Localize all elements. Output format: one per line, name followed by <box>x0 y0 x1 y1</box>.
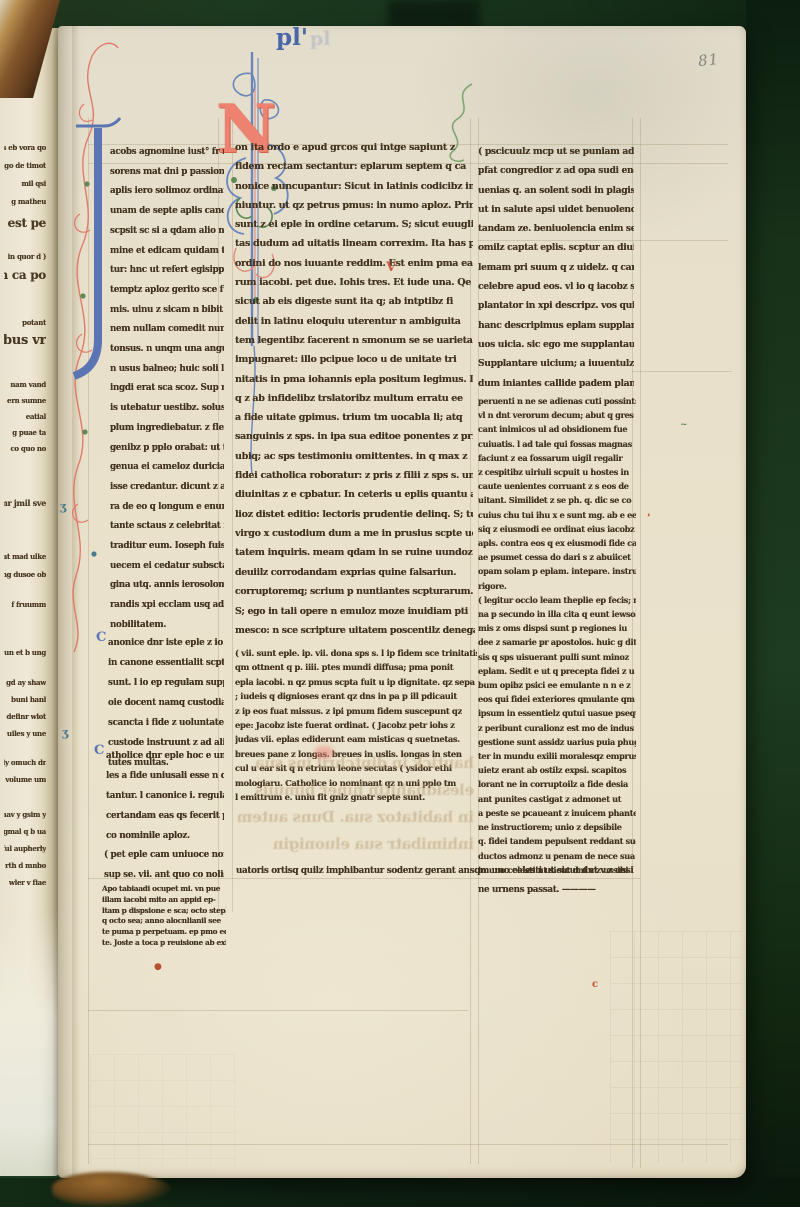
text-line: a fide uitate gpimus. trium tm uocabla l… <box>235 408 473 427</box>
fragment-line: at mad ulke <box>4 552 46 561</box>
text-line: mis z oms dispsi sunt p regiones iu <box>478 621 636 635</box>
fragment-line: wler v fiae <box>9 878 46 887</box>
text-line: certandam eas qs fecerit pleudo <box>106 806 224 826</box>
text-line: scpsit sc si a qdam alio nb ei no <box>110 222 224 242</box>
fragment-line: ern sumne <box>7 396 46 405</box>
ruling-horizontal <box>632 371 732 372</box>
text-line: ubiq; ac sps testimoniu omittentes. in q… <box>235 447 473 466</box>
text-line: corruptoremq; scrium p nuntiantes scptur… <box>235 582 475 601</box>
text-line: S; ego in tali opere n emuloz moze inuid… <box>235 602 475 621</box>
catchword-line-2: ne urnens passat. ———— <box>478 883 646 897</box>
text-line: tante sctaus z celebritat i pplo <box>110 517 224 537</box>
fragment-line: potant <box>22 318 46 327</box>
fragment-line: g puae ta <box>12 428 46 437</box>
manuscript-page: pl' pl 81 N acob <box>58 26 746 1178</box>
text-line: gestione sunt assidz uarius puia phugi <box>478 735 636 749</box>
binding-fur-tuft <box>52 1172 172 1207</box>
text-line: ne urnens passat. ———— <box>478 883 646 897</box>
text-line: ipsum in essentielz qutui uasue psequ <box>478 706 636 720</box>
text-line: peruenti n ne se adienas cuti possint: <box>478 394 636 408</box>
text-line: ingdi erat sca scoz. Sup n lane <box>110 379 224 399</box>
text-line: ordini do nos iuuante reddim. Est enim p… <box>235 254 473 273</box>
text-line: ( vii. sunt eple. ip. vii. dona sps s. l… <box>235 646 477 660</box>
blue-initial-c: C <box>96 630 106 645</box>
show-through: hautick in dintchril ins suaelesidhahiti… <box>238 750 474 858</box>
text-line: caute uenientes corruant z s eos de <box>478 479 636 493</box>
text-line: uietz erant ab ostilz expsi. scapitos <box>478 763 636 777</box>
center-para-1: on ita ordo e apud grcos qui intge sapiu… <box>235 138 473 563</box>
text-line: na p secundo in illa cita q eunt iewsoli <box>478 607 636 621</box>
text-line: celebre apud eos. vl io q iacobz sup <box>478 277 634 296</box>
fragment-line: dy omuch dr <box>4 758 46 767</box>
text-line: diuinitas z e cpbatur. In ceteris u epli… <box>235 485 473 504</box>
fragment-line: emr jmil sve <box>4 498 46 508</box>
text-line: mine et edicam quidam tituli <box>110 242 224 262</box>
text-line: opam solam p eplam. intepare. instruit a… <box>478 564 636 578</box>
text-line: fidem rectam sectantur: eplarum septem q… <box>235 157 473 176</box>
fragment-line: buni hanl <box>11 695 46 704</box>
red-margin-c: c <box>592 979 598 990</box>
text-line: aplis iero solimoz ordinat eps <box>110 182 224 202</box>
text-line: tem legentibz facerent n smonum se se ua… <box>235 331 473 350</box>
text-line: deuiilz corrodandam exprias quine falsar… <box>235 563 475 582</box>
left-gloss-para-3: atholice dnr eple hoc e uniusales a fide… <box>106 746 224 846</box>
left-gloss-para-4: ( pet eple cam uniuoce nominatsup se. vi… <box>104 845 224 885</box>
green-speck: ~ <box>680 420 688 430</box>
text-line: cuius chu tui ihu x e sunt mg. ab e ee <box>478 508 636 522</box>
fragment-line: s eb vora qo <box>4 143 46 152</box>
text-line: epe: Jacobz iste fuerat ordinat. ( Jacob… <box>235 718 477 732</box>
text-line: uenias q. an solent sodi in plagis ea <box>478 181 634 200</box>
fragment-line: ng dusoe ob <box>4 570 46 579</box>
fragment-line: co quo no <box>10 444 46 453</box>
text-line: scancta i fide z uoluntate ipse <box>108 713 224 733</box>
text-line: qm ottnent q p. iiii. ptes mundi diffusa… <box>235 660 477 674</box>
fragment-line: ngo de timot <box>4 161 46 170</box>
text-line: sup se. vii. ant quo co nolis e; <box>104 865 224 885</box>
fragment-line: odibus vr <box>4 333 46 348</box>
text-line: randis xpi ecclam usq ad nona <box>110 596 224 616</box>
text-line: ( pet eple cam uniuoce nominat <box>104 845 224 865</box>
text-line: pfat congredior z ad opa sudi engstos <box>478 161 634 180</box>
text-line: ra de eo q longum e enumare <box>110 498 224 518</box>
text-line: delit in latinu eloquiu uterentur n ambi… <box>235 312 473 331</box>
text-line: tur: hnc ut refert egisipp q uixit <box>110 261 224 281</box>
text-line: sunt. l io ep regulam supplent <box>108 673 224 693</box>
text-line: cant inimicos ul ad obsidionem fue <box>478 422 636 436</box>
text-line: impugnaret: illo pcipue loco u de unitat… <box>235 350 473 369</box>
ruling-showthrough-left <box>90 1054 236 1166</box>
text-line: genibz p pplo orabat: ut tm ut <box>110 439 224 459</box>
text-line: eos qui fidei exteriores qmulante qm e <box>478 692 636 706</box>
backdrop-right-band <box>746 0 800 1207</box>
fragment-line: mil qsi <box>21 179 46 188</box>
red-wax-dot: ● <box>154 962 162 972</box>
fragment-line: ( in quor d <box>8 252 46 261</box>
text-line: sunt z ei eple in ordine cetarum. S; sic… <box>235 215 473 234</box>
text-line: sorens mat dni p passione ab <box>110 163 224 183</box>
teal-curl: ʒ <box>62 726 68 739</box>
text-line: z peribunt curalionz est mo de indus <box>478 721 636 735</box>
fragment-line: un et b ung <box>4 648 46 657</box>
text-line: elesidhahitin hiner bimuils <box>238 777 474 804</box>
text-line: nonice nuncupantur: Sicut in latinis cod… <box>235 177 473 196</box>
fragment-line: g volume um <box>4 775 46 784</box>
text-line: hautick in dintchril ins sua <box>238 750 474 777</box>
text-line: oie docent namq custodiam. q <box>108 693 224 713</box>
text-line: co nominile aploz. <box>106 826 224 846</box>
text-line: tas dudum ad uitatis lineam correxim. It… <box>235 234 473 253</box>
text-line: tandam ze. beniuolencia enim seri <box>478 219 634 238</box>
text-line: q. fidei tandem pepulsent reddant sue <box>478 834 636 848</box>
text-line: uos uicia. sic ego me supplantaui <box>478 335 634 354</box>
text-line: Apo tabiaadi ocupet mi. vn pue <box>102 884 226 895</box>
previous-page-edge: s eb vora qongo de timotmil qsig matheum… <box>0 28 62 1176</box>
fragment-line: gd ay shaw <box>6 678 46 687</box>
text-line: te. Joste a toca p reuisione ab exilio. <box>102 938 226 949</box>
text-line: q octo sea; anno alocnlianil see <box>102 916 226 927</box>
text-line: rum iacobi. pet due. Iohis tres. Et iude… <box>235 273 473 292</box>
text-line: siq z eiusmodi ee ordinat eius iacobz <box>478 522 636 536</box>
text-line: tantur. l canonice i. regulares ad uit <box>106 786 224 806</box>
text-line: lorant ne in corruptoilz a fide desia <box>478 777 636 791</box>
text-line: lemam pri suum q z uidelz. q car <box>478 258 634 277</box>
text-line: genua ei cameloz duricia mge <box>110 458 224 478</box>
ruling-showthrough-right <box>610 931 742 1163</box>
text-line: vl n dnt verorum decum; abut q gres <box>478 408 636 422</box>
text-line: virgo x custodium dum a me in prusius sc… <box>235 524 473 543</box>
rubric-v-mark: V <box>386 260 396 275</box>
text-line: z ip eos fuat missus. z ipi pmum fidem s… <box>235 704 477 718</box>
center-para-1b: deuiilz corrodandam exprias quine falsar… <box>235 563 475 640</box>
text-line: ant punites castigat z admonet ut <box>478 792 636 806</box>
text-line: mis. uinu z sicam n bibit car <box>110 301 224 321</box>
text-line: z cespitibz uiriuli scpuit u hostes in <box>478 465 636 479</box>
text-line: ae psumet cessa do dari s z abuiicet <box>478 550 636 564</box>
text-line: plum ingrediebatur. z flexis <box>110 419 224 439</box>
text-line: uecem ei cedatur subscta uerlin <box>110 557 224 577</box>
text-line: lioz distet editio: lectoris prudentie d… <box>235 505 473 524</box>
teal-curl: ʒ <box>60 500 66 513</box>
text-line: nem nullam comedit nunq <box>110 320 224 340</box>
text-line: rigore. <box>478 579 636 593</box>
previous-page-curl <box>0 908 58 1176</box>
text-line: ut in salute apsi uidet benuolencie cap <box>478 200 634 219</box>
fragment-line: definr wlot <box>6 712 46 721</box>
text-line: illam iacobi mito an appid ep- <box>102 895 226 906</box>
text-line: mesco: n sce scripture uitatem poscentil… <box>235 621 475 640</box>
text-line: nitatis in pma iohannis epla positum leg… <box>235 370 473 389</box>
text-line: sanguinis z sps. in ipa sua editoe ponen… <box>235 427 473 446</box>
text-line: apls. contra eos q ex eiusmodi fide cam <box>478 536 636 550</box>
running-header-ghost: pl <box>310 28 331 50</box>
fragment-line: nav y gsim y <box>4 810 46 819</box>
text-line: hanc descripimus eplam supplantare <box>478 316 634 335</box>
text-line: ( pscicuulz mcp ut se puniam ad s <box>478 142 634 161</box>
text-line: on ita ordo e apud grcos qui intge sapiu… <box>235 138 473 157</box>
text-line: eplam. Sedit e ut q precepta fidei z u <box>478 664 636 678</box>
text-line: isse credantur. dicunt z alia mi <box>110 478 224 498</box>
text-line: a peste se pcaueant z inuicem phantes <box>478 806 636 820</box>
text-line: atholice dnr eple hoc e uniusa <box>106 746 224 766</box>
text-line: fidei catholica roboratur: z pris z fili… <box>235 466 473 485</box>
text-line: inhimibatr sua eluonigin <box>238 831 474 858</box>
fragment-line: m. co est pe <box>4 216 46 230</box>
text-line: niuntur. ut qz petrus pmus: in numo aplo… <box>235 196 473 215</box>
text-line: unam de septe aplis canonicas <box>110 202 224 222</box>
fragment-line: io in ca po <box>4 268 46 282</box>
right-col-2: peruenti n ne se adienas cuti possint:vl… <box>478 394 636 877</box>
text-line: uitant. Similidet z se ph. q. dic se co <box>478 493 636 507</box>
text-line: acobs agnomine iust° fr mre <box>110 143 224 163</box>
text-line: bum opibz psici ee emulante n n e z <box>478 678 636 692</box>
text-line: epla iacobi. n qz pmus scpta fuit u ip d… <box>235 675 477 689</box>
text-line: sis q sps uisuerant pulli sunt minoz <box>478 650 636 664</box>
text-line: plantator in xpi descripz. vos quilz <box>478 296 634 315</box>
text-line: dum iniantes callide padem plante sup <box>478 374 634 393</box>
text-line: in uno celesti ut sicut dnt v z ussibi <box>478 863 636 877</box>
text-line: in canone essentialit scpte recepte <box>108 653 224 673</box>
text-line: gina utq. annis ierosolomi <box>110 576 224 596</box>
left-gloss-para-5: Apo tabiaadi ocupet mi. vn pueillam iaco… <box>102 884 226 949</box>
text-line: is utebatur uestibz. solus tem <box>110 399 224 419</box>
text-line: ductos admonz u penam de nece sua <box>478 849 636 863</box>
text-line: te puma p perpetuam. ep pmo edi <box>102 927 226 938</box>
text-line: Supplantare uicium; a iuuentulz q <box>478 354 634 373</box>
text-line: faciunt z ea fossarum uigil regalir <box>478 451 636 465</box>
text-line: ; iudeis q dignioses erant qz dns in pa … <box>235 689 477 703</box>
fragment-line: g matheu <box>11 197 46 206</box>
fragment-line: gmal q b ua <box>4 827 46 836</box>
fragment-line: nam vand <box>10 380 46 389</box>
left-gloss-para-1: acobs agnomine iust° fr mresorens mat dn… <box>110 143 224 636</box>
text-line: traditur eum. Ioseph fuisse. ut ip <box>110 537 224 557</box>
text-line: anonice dnr iste eple z io ep <box>108 633 224 653</box>
text-line: omilz captat eplis. scptur an diuio <box>478 238 634 257</box>
pink-smudge <box>314 746 334 759</box>
ruling-horizontal <box>88 1010 468 1011</box>
text-line: dee z samarie pr apostolos. huic g ditse <box>478 635 636 649</box>
photo-backdrop: s eb vora qongo de timotmil qsig matheum… <box>0 0 800 1207</box>
text-line: temptz aploz gerito sce fuit <box>110 281 224 301</box>
fragment-line: f fruumm <box>11 600 46 609</box>
folio-number: 81 <box>697 50 720 70</box>
text-line: ( legitur occlo leam theplie ep fecis; m… <box>478 593 636 607</box>
red-margin-squiggle: ߵ <box>647 512 650 525</box>
running-header: pl' <box>276 24 308 51</box>
fragment-line: uiles y une <box>7 729 46 738</box>
text-line: ltam p dispsione e sca; octo steple <box>102 906 226 917</box>
text-line: tonsus. n unqm una anguine. <box>110 340 224 360</box>
text-line: n usus balneo; huic soli licuit <box>110 360 224 380</box>
text-line: ne instructiorem; unio z depsibile <box>478 820 636 834</box>
text-line: ter in mundu exilii moralesqz emprus <box>478 749 636 763</box>
text-line: tatem inquiris. meam qdam in se ruine uu… <box>235 543 473 562</box>
text-line: judas vii. eplas ediderunt eam misticas … <box>235 732 477 746</box>
text-line: in habitatoz sua. Duns autem <box>238 804 474 831</box>
text-line: les a fide uniusali esse n dubi <box>106 766 224 786</box>
blue-initial-c: C <box>94 743 104 758</box>
right-col-1: ( pscicuulz mcp ut se puniam ad spfat co… <box>478 142 634 393</box>
text-line: cuiuatis. l ad tale qui fossas magnas <box>478 437 636 451</box>
fragment-line: rth d mnbo <box>5 861 46 870</box>
fragment-line: eatial <box>26 412 46 421</box>
text-line: q z ab infidelibz trslatoribz multum err… <box>235 389 473 408</box>
text-line: sicut ab eis digeste sunt ita q; ab intp… <box>235 292 473 311</box>
fragment-line: ful aupherly <box>4 844 46 853</box>
